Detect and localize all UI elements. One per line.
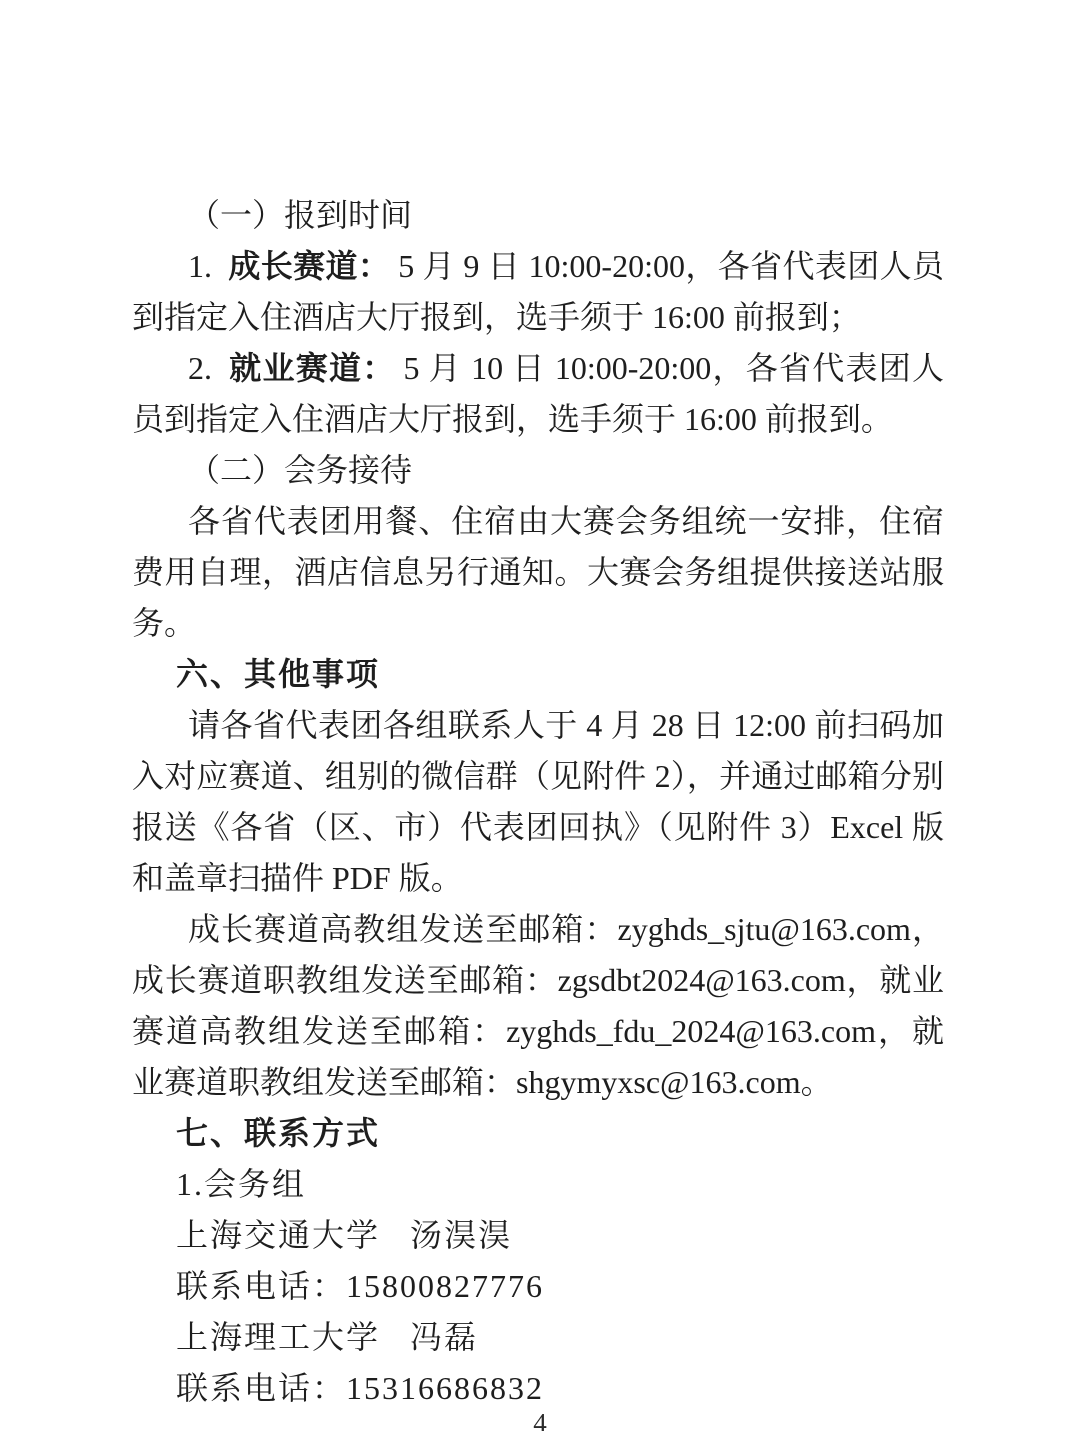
page-number: 4	[0, 1408, 1080, 1431]
contact-org: 上海交通大学	[176, 1217, 380, 1253]
document-page: （一）报到时间 1.成长赛道：5 月 9 日 10:00-20:00，各省代表团…	[0, 0, 1080, 1431]
heading-text: （二）会务接待	[188, 452, 412, 488]
paragraph-text: 成长赛道高教组发送至邮箱：	[188, 911, 617, 947]
heading-text: （一）报到时间	[188, 197, 412, 233]
document-body: （一）报到时间 1.成长赛道：5 月 9 日 10:00-20:00，各省代表团…	[132, 190, 944, 1414]
heading-text: 六、其他事项	[176, 656, 380, 692]
email-employment-higher-ed: zyghds_fdu_2024@163.com	[506, 1013, 876, 1049]
paragraph-wechat-receipt: 请各省代表团各组联系人于 4 月 28 日 12:00 前扫码加入对应赛道、组别…	[132, 700, 944, 904]
contact-person: 冯磊	[410, 1319, 478, 1355]
paragraph-reception: 各省代表团用餐、住宿由大赛会务组统一安排，住宿费用自理，酒店信息另行通知。大赛会…	[132, 496, 944, 649]
paragraph-text: 。	[801, 1064, 833, 1100]
phone-label: 联系电话：	[176, 1268, 346, 1304]
group-label: 1.会务组	[176, 1166, 306, 1202]
paragraph-text: 各省代表团用餐、住宿由大赛会务组统一安排，住宿费用自理，酒店信息另行通知。大赛会…	[132, 503, 944, 641]
section-heading-contact-info: 七、联系方式	[132, 1108, 944, 1159]
track-label-employment: 就业赛道：	[228, 350, 395, 386]
phone-number: 15800827776	[346, 1268, 544, 1304]
paragraph-text: 请各省代表团各组联系人于 4 月 28 日 12:00 前扫码加入对应赛道、组别…	[132, 707, 944, 896]
section-heading-reception: （二）会务接待	[132, 445, 944, 496]
contact-org: 上海理工大学	[176, 1319, 380, 1355]
paragraph-growth-track: 1.成长赛道：5 月 9 日 10:00-20:00，各省代表团人员到指定入住酒…	[132, 241, 944, 343]
phone-number: 15316686832	[346, 1370, 544, 1406]
contact-entry-phone: 联系电话：15316686832	[132, 1363, 944, 1414]
contact-entry-phone: 联系电话：15800827776	[132, 1261, 944, 1312]
email-growth-higher-ed: zyghds_sjtu@163.com	[617, 911, 910, 947]
contact-person: 汤淏淏	[410, 1217, 512, 1253]
list-number: 2.	[188, 350, 212, 386]
section-heading-other-matters: 六、其他事项	[132, 649, 944, 700]
paragraph-employment-track: 2.就业赛道：5 月 10 日 10:00-20:00，各省代表团人员到指定入住…	[132, 343, 944, 445]
section-heading-checkin-time: （一）报到时间	[132, 190, 944, 241]
contact-entry-org-name: 上海交通大学汤淏淏	[132, 1210, 944, 1261]
phone-label: 联系电话：	[176, 1370, 346, 1406]
heading-text: 七、联系方式	[176, 1115, 380, 1151]
list-number: 1.	[188, 248, 212, 284]
contact-group-title: 1.会务组	[132, 1159, 944, 1210]
email-employment-vocational: shgymyxsc@163.com	[516, 1064, 801, 1100]
track-label-growth: 成长赛道：	[228, 248, 390, 284]
paragraph-email-addresses: 成长赛道高教组发送至邮箱：zyghds_sjtu@163.com，成长赛道职教组…	[132, 904, 944, 1108]
email-growth-vocational: zgsdbt2024@163.com	[558, 962, 846, 998]
contact-entry-org-name: 上海理工大学冯磊	[132, 1312, 944, 1363]
